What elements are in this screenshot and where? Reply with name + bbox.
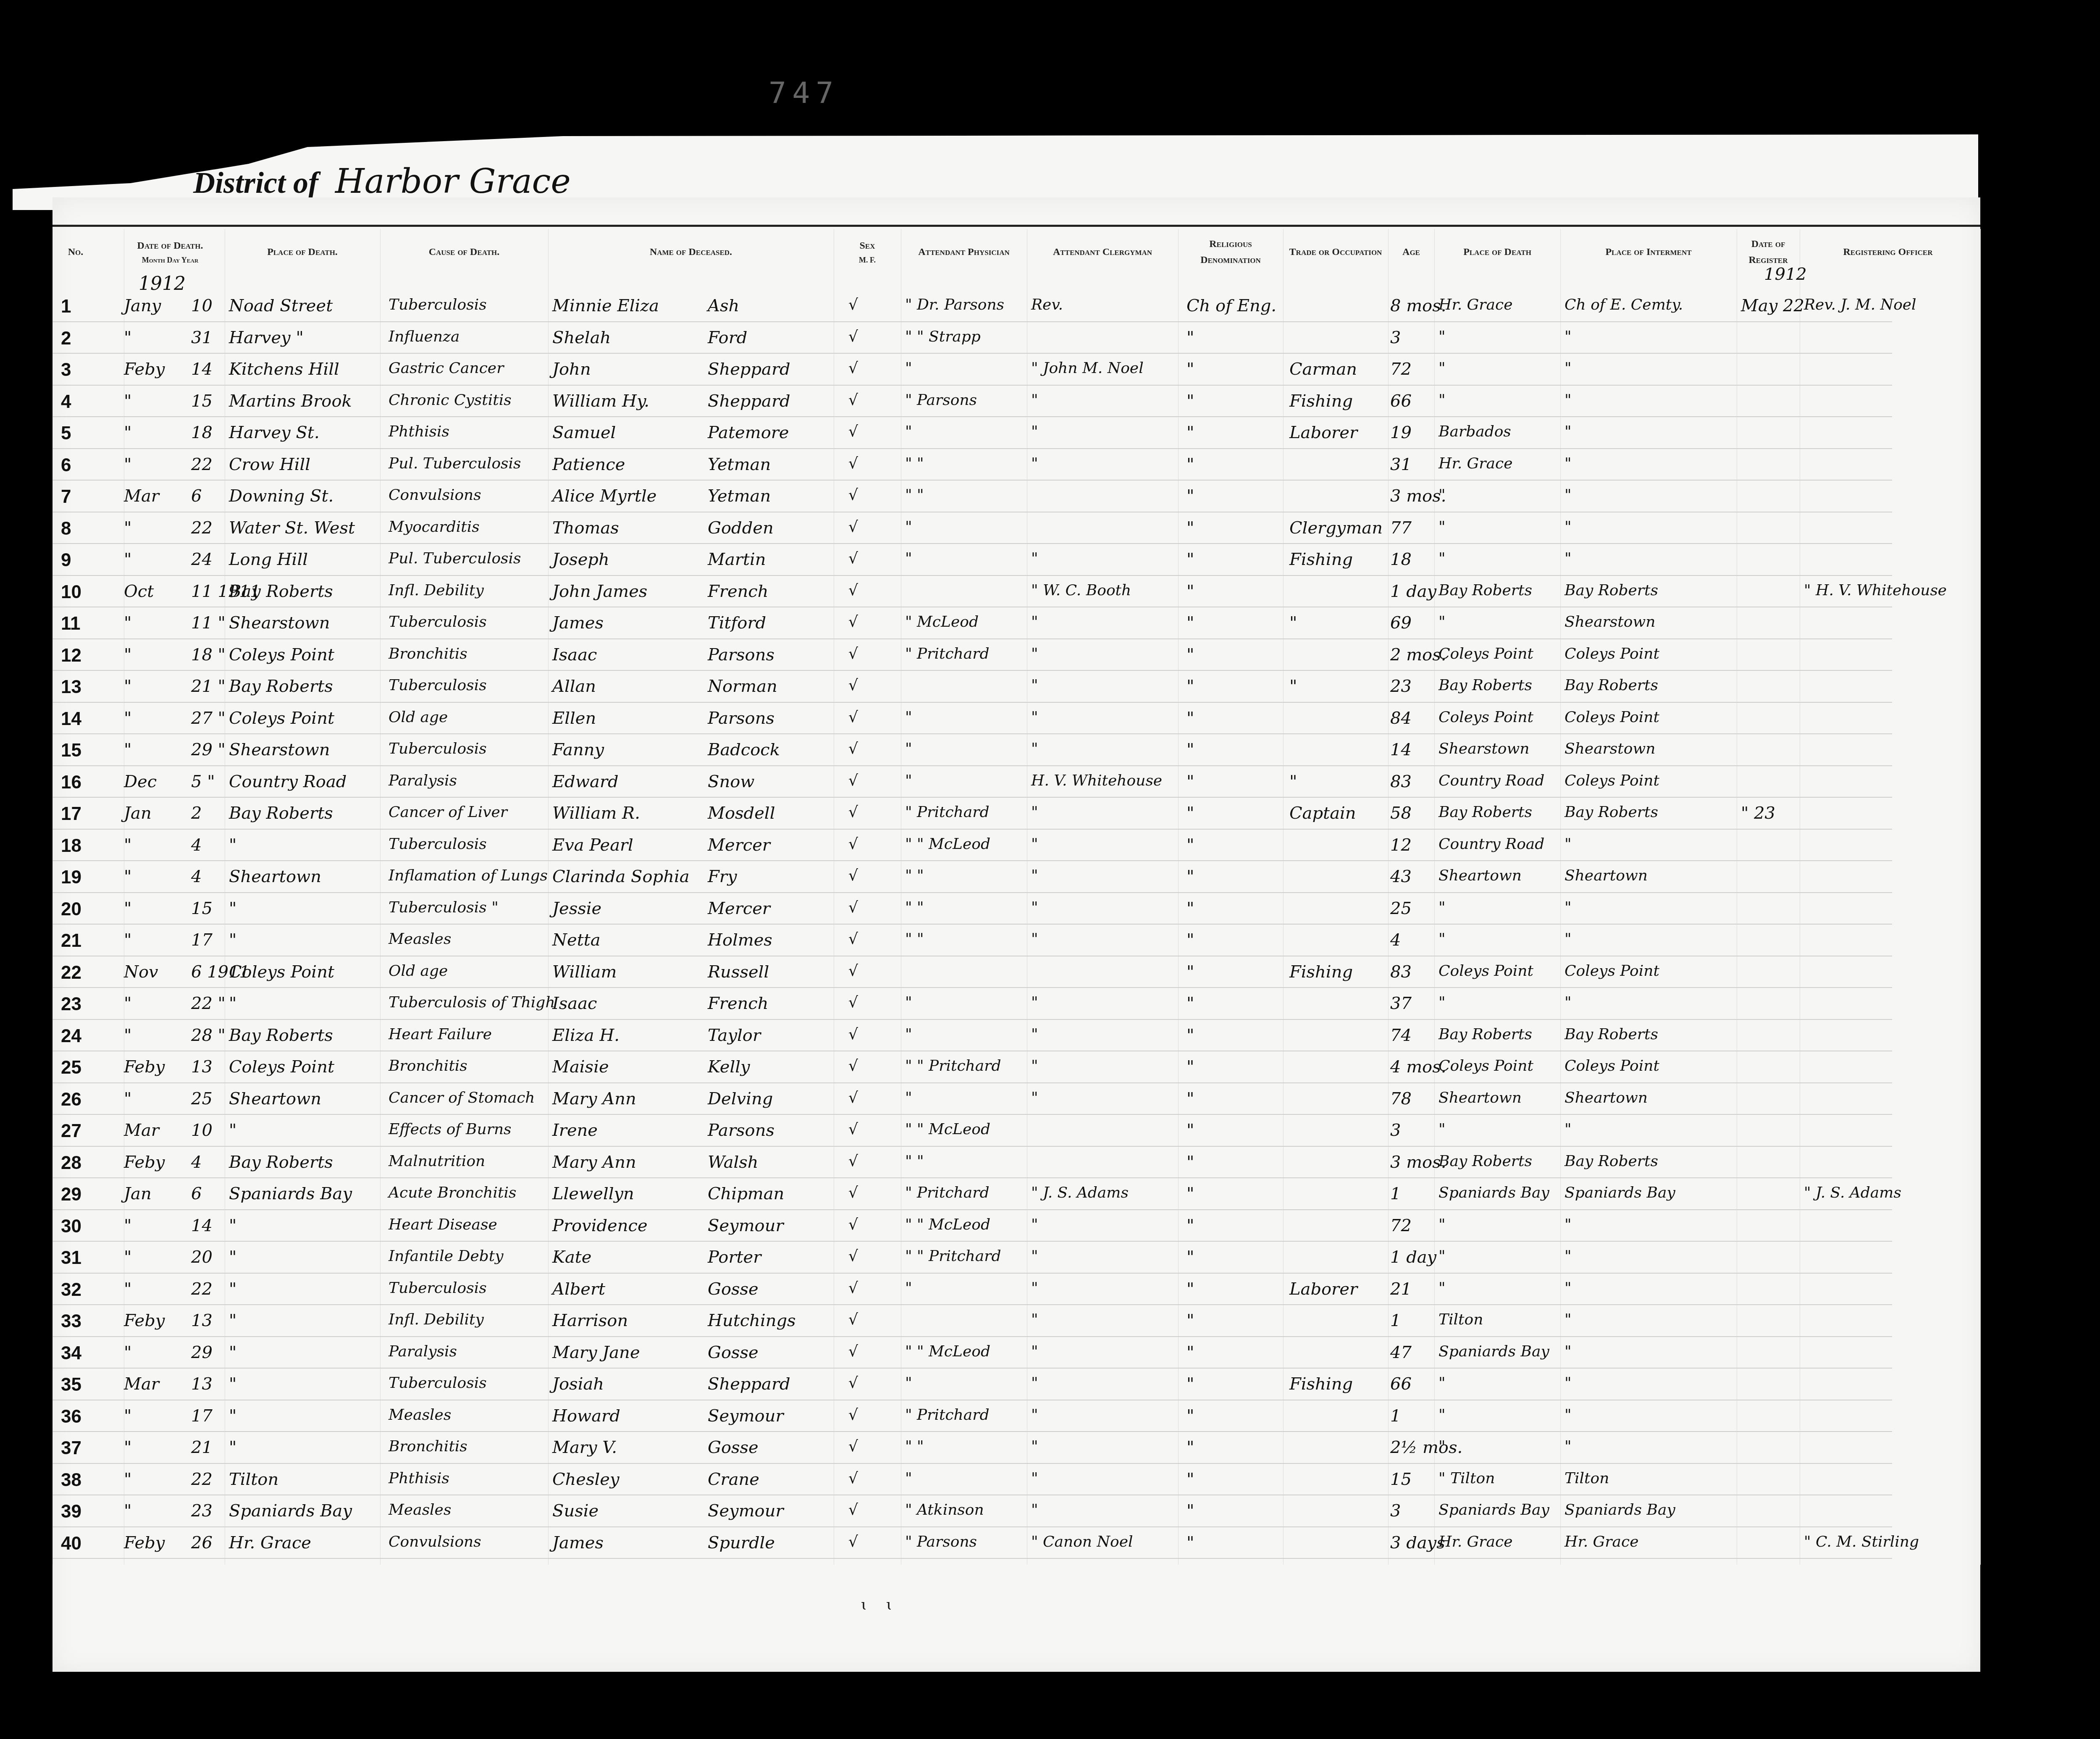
cell-clergyman: ": [1031, 835, 1038, 853]
table-row: 9"24Long HillPul. TuberculosisJosephMart…: [52, 546, 1980, 580]
cell-place: Bay Roberts: [229, 582, 333, 601]
cell-cause: Measles: [388, 1501, 451, 1518]
header-age: Age: [1388, 227, 1434, 277]
cell-first: Mary V.: [552, 1438, 617, 1457]
cell-religion: ": [1186, 645, 1194, 665]
table-row: 29Jan6Spaniards BayAcute BronchitisLlewe…: [52, 1180, 1980, 1214]
cell-place: Kitchens Hill: [229, 360, 339, 379]
cell-month: ": [124, 1026, 131, 1045]
cell-physician: ": [905, 1279, 912, 1297]
row-rule: [52, 1273, 1892, 1274]
cell-month: ": [124, 867, 131, 886]
table-row: 11"11 "ShearstownTuberculosisJamesTitfor…: [52, 609, 1980, 643]
cell-religion: ": [1186, 423, 1194, 442]
cell-sex: √: [848, 1406, 858, 1424]
cell-age: 3 mos.: [1390, 1153, 1446, 1172]
cell-sex: √: [848, 518, 858, 536]
cell-religion: ": [1186, 1121, 1194, 1140]
header-cause-of-death: Cause of Death.: [380, 227, 548, 277]
cell-day: 20: [191, 1248, 213, 1267]
cell-religion: ": [1186, 391, 1194, 411]
cell-clergyman: Rev.: [1031, 296, 1063, 313]
cell-place: Coleys Point: [229, 645, 334, 665]
cell-no: 14: [61, 709, 81, 730]
cell-age: 37: [1390, 994, 1412, 1013]
cell-clergyman: ": [1031, 613, 1038, 630]
cell-place: ": [229, 1121, 236, 1140]
cell-last: Seymour: [708, 1216, 784, 1235]
cell-cause: Tuberculosis: [388, 1279, 487, 1297]
cell-month: ": [124, 709, 131, 728]
cell-sex: √: [848, 835, 858, 853]
header-sex: SexM. F.: [834, 227, 901, 277]
cell-no: 2: [61, 328, 71, 349]
row-rule: [52, 638, 1892, 639]
cell-last: Russell: [708, 962, 769, 982]
cell-month: ": [124, 677, 131, 696]
cell-sex: √: [848, 709, 858, 726]
cell-month: ": [124, 1089, 131, 1109]
table-row: 15"29 "ShearstownTuberculosisFannyBadcoc…: [52, 736, 1980, 770]
cell-physician: " ": [905, 1153, 924, 1170]
cell-physician: ": [905, 1470, 912, 1487]
table-row: 14"27 "Coleys PointOld ageEllenParsons√"…: [52, 704, 1980, 738]
cell-day: 23: [191, 1501, 213, 1521]
cell-interment: ": [1564, 994, 1572, 1011]
cell-last: Walsh: [708, 1153, 759, 1172]
cell-place: Bay Roberts: [229, 1026, 333, 1045]
cell-month: ": [124, 930, 131, 950]
cell-physician: " " Pritchard: [905, 1057, 1001, 1074]
cell-first: Isaac: [552, 645, 597, 665]
cell-physician: " Pritchard: [905, 1406, 989, 1424]
header-name-of-deceased: Name of Deceased.: [548, 227, 834, 277]
cell-clergyman: " W. C. Booth: [1031, 582, 1131, 599]
cell-place2: Sheartown: [1438, 867, 1522, 884]
cell-place: Sheartown: [229, 1089, 321, 1109]
cell-cause: Chronic Cystitis: [388, 391, 512, 409]
cell-religion: ": [1186, 772, 1194, 791]
cell-age: 83: [1390, 772, 1412, 791]
cell-sex: √: [848, 391, 858, 409]
header-registering-officer: Registering Officer: [1800, 227, 1976, 277]
cell-place2: ": [1438, 613, 1446, 630]
cell-place2: Country Road: [1438, 835, 1544, 853]
cell-place: Long Hill: [229, 550, 308, 569]
cell-religion: ": [1186, 1470, 1194, 1489]
cell-last: Sheppard: [708, 1374, 790, 1394]
cell-clergyman: ": [1031, 391, 1038, 409]
cell-sex: √: [848, 1153, 858, 1170]
cell-place2: Coleys Point: [1438, 1057, 1533, 1074]
cell-clergyman: ": [1031, 1057, 1038, 1074]
cell-place: Coleys Point: [229, 1057, 334, 1077]
cell-place2: ": [1438, 1374, 1446, 1392]
cell-clergyman: ": [1031, 804, 1038, 821]
row-rule: [52, 1019, 1892, 1020]
cell-no: 21: [61, 930, 81, 951]
cell-sex: √: [848, 1343, 858, 1360]
cell-month: ": [124, 1470, 131, 1489]
cell-trade: ": [1289, 772, 1297, 791]
cell-month: Feby: [124, 1533, 165, 1552]
table-row: 3Feby14Kitchens HillGastric CancerJohnSh…: [52, 355, 1980, 389]
cell-age: 25: [1390, 899, 1412, 918]
cell-interment: ": [1564, 1374, 1572, 1392]
cell-last: Yetman: [708, 486, 771, 506]
cell-place2: ": [1438, 1279, 1446, 1297]
cell-first: William: [552, 962, 617, 982]
row-rule: [52, 670, 1892, 671]
cell-clergyman: ": [1031, 1026, 1038, 1043]
cell-no: 20: [61, 899, 81, 920]
cell-day: 22: [191, 1470, 213, 1489]
cell-month: Dec: [124, 772, 157, 791]
cell-last: Titford: [708, 613, 766, 633]
row-rule: [52, 1209, 1892, 1210]
cell-last: French: [708, 994, 768, 1013]
cell-interment: ": [1564, 1406, 1572, 1424]
cell-month: Mar: [124, 1121, 159, 1140]
cell-first: Thomas: [552, 518, 619, 538]
cell-place2: Bay Roberts: [1438, 677, 1532, 694]
cell-last: Mercer: [708, 899, 770, 918]
column-rule: [1980, 229, 1981, 1565]
cell-no: 17: [61, 804, 81, 825]
row-rule: [52, 1431, 1892, 1432]
cell-cause: Tuberculosis of Thigh: [388, 994, 555, 1011]
cell-clergyman: ": [1031, 1438, 1038, 1455]
cell-interment: ": [1564, 1248, 1572, 1265]
cell-interment: ": [1564, 1311, 1572, 1328]
cell-last: Ford: [708, 328, 747, 347]
cell-month: ": [124, 1216, 131, 1235]
cell-religion: ": [1186, 1216, 1194, 1235]
cell-cause: Old age: [388, 709, 448, 726]
cell-month: ": [124, 1406, 131, 1426]
cell-trade: Laborer: [1289, 1279, 1357, 1299]
cell-age: 14: [1390, 740, 1412, 759]
cell-religion: ": [1186, 1501, 1194, 1521]
cell-cause: Convulsions: [388, 1533, 481, 1550]
table-row: 34"29"ParalysisMary JaneGosse√" " McLeod…: [52, 1339, 1980, 1373]
cell-month: ": [124, 994, 131, 1013]
cell-place2: Coleys Point: [1438, 645, 1533, 662]
cell-first: John James: [552, 582, 647, 601]
cell-interment: Coleys Point: [1564, 709, 1659, 726]
cell-place2: Hr. Grace: [1438, 455, 1512, 472]
row-rule: [52, 416, 1892, 417]
row-rule: [52, 702, 1892, 703]
cell-interment: Bay Roberts: [1564, 1153, 1658, 1170]
cell-place: ": [229, 1406, 236, 1426]
row-rule: [52, 1051, 1892, 1051]
cell-physician: " Parsons: [905, 391, 977, 409]
cell-interment: Coleys Point: [1564, 962, 1659, 980]
cell-first: Llewellyn: [552, 1184, 634, 1203]
cell-last: French: [708, 582, 768, 601]
cell-place2: ": [1438, 1406, 1446, 1424]
cell-day: 5 ": [191, 772, 215, 791]
cell-last: Badcock: [708, 740, 780, 759]
cell-religion: ": [1186, 1089, 1194, 1109]
cell-age: 23: [1390, 677, 1412, 696]
cell-first: William Hy.: [552, 391, 649, 411]
cell-age: 83: [1390, 962, 1412, 982]
cell-age: 8 mos.: [1390, 296, 1446, 315]
cell-day: 2: [191, 804, 202, 823]
row-rule: [52, 575, 1892, 576]
cell-place: Tilton: [229, 1470, 278, 1489]
cell-day: 4: [191, 835, 202, 855]
row-rule: [52, 797, 1892, 798]
cell-physician: " McLeod: [905, 613, 979, 630]
row-rule: [52, 480, 1892, 481]
cell-clergyman: ": [1031, 1279, 1038, 1297]
cell-first: Alice Myrtle: [552, 486, 656, 506]
cell-no: 11: [61, 613, 81, 634]
cell-no: 10: [61, 582, 81, 603]
cell-interment: ": [1564, 455, 1572, 472]
cell-no: 1: [61, 296, 71, 317]
cell-first: Mary Ann: [552, 1089, 636, 1109]
cell-interment: Shearstown: [1564, 613, 1655, 630]
cell-place2: ": [1438, 360, 1446, 377]
cell-month: ": [124, 613, 131, 633]
cell-clergyman: ": [1031, 709, 1038, 726]
table-row: 25Feby13Coleys PointBronchitisMaisieKell…: [52, 1053, 1980, 1087]
cell-age: 1 day: [1390, 582, 1436, 601]
cell-last: Mercer: [708, 835, 770, 855]
cell-month: ": [124, 328, 131, 347]
cell-age: 43: [1390, 867, 1412, 886]
cell-first: John: [552, 360, 591, 379]
cell-sex: √: [848, 930, 858, 948]
cell-clergyman: ": [1031, 1406, 1038, 1424]
cell-no: 5: [61, 423, 71, 444]
row-rule: [52, 385, 1892, 386]
cell-month: Jan: [124, 804, 152, 823]
cell-first: Howard: [552, 1406, 620, 1426]
table-row: 31"20"Infantile DebtyKatePorter√" " Prit…: [52, 1243, 1980, 1277]
cell-no: 24: [61, 1026, 81, 1047]
cell-place2: ": [1438, 550, 1446, 567]
cell-place2: Spaniards Bay: [1438, 1501, 1549, 1518]
cell-place2: Tilton: [1438, 1311, 1483, 1328]
cell-first: Edward: [552, 772, 619, 791]
cell-day: 21 ": [191, 677, 226, 696]
cell-last: Gosse: [708, 1279, 759, 1299]
cell-clergyman: ": [1031, 550, 1038, 567]
cell-month: Jany: [124, 296, 161, 315]
cell-month: ": [124, 899, 131, 918]
cell-sex: √: [848, 1216, 858, 1233]
cell-month: ": [124, 645, 131, 665]
cell-sex: √: [848, 582, 858, 599]
cell-place2: Bay Roberts: [1438, 1026, 1532, 1043]
cell-no: 37: [61, 1438, 81, 1459]
cell-interment: ": [1564, 1121, 1572, 1138]
cell-place: ": [229, 1438, 236, 1457]
cell-religion: ": [1186, 1533, 1194, 1552]
row-rule: [52, 607, 1892, 607]
cell-day: 14: [191, 360, 213, 379]
cell-interment: ": [1564, 930, 1572, 948]
cell-place2: ": [1438, 930, 1446, 948]
cell-first: James: [552, 1533, 604, 1552]
stray-marks: ɩ ɩ: [861, 1596, 892, 1613]
cell-place: Hr. Grace: [229, 1533, 311, 1552]
cell-last: Ash: [708, 296, 739, 315]
cell-place: Shearstown: [229, 613, 330, 633]
cell-religion: ": [1186, 1343, 1194, 1362]
cell-place2: Bay Roberts: [1438, 582, 1532, 599]
cell-last: Patemore: [708, 423, 789, 442]
cell-first: Joseph: [552, 550, 609, 569]
cell-cause: Effects of Burns: [388, 1121, 512, 1138]
cell-month: ": [124, 835, 131, 855]
cell-day: 14: [191, 1216, 213, 1235]
cell-interment: ": [1564, 391, 1572, 409]
cell-month: Jan: [124, 1184, 152, 1203]
cell-sex: √: [848, 1470, 858, 1487]
cell-age: 4 mos.: [1390, 1057, 1446, 1077]
cell-cause: Pul. Tuberculosis: [388, 550, 521, 567]
cell-clergyman: ": [1031, 994, 1038, 1011]
cell-sex: √: [848, 455, 858, 472]
cell-physician: " Pritchard: [905, 645, 989, 662]
cell-interment: Ch of E. Cemty.: [1564, 296, 1683, 313]
cell-place2: ": [1438, 518, 1446, 536]
cell-place2: ": [1438, 486, 1446, 504]
row-rule: [52, 321, 1892, 322]
cell-religion: ": [1186, 582, 1194, 601]
cell-place2: ": [1438, 1121, 1446, 1138]
cell-interment: Bay Roberts: [1564, 582, 1658, 599]
cell-interment: Tilton: [1564, 1470, 1609, 1487]
cell-religion: ": [1186, 1026, 1194, 1045]
cell-day: 13: [191, 1311, 213, 1330]
cell-day: 26: [191, 1533, 213, 1552]
cell-cause: Influenza: [388, 328, 460, 345]
row-rule: [52, 892, 1892, 893]
table-row: 18"4"TuberculosisEva PearlMercer√" " McL…: [52, 831, 1980, 865]
cell-sex: √: [848, 1311, 858, 1328]
cell-month: Feby: [124, 360, 165, 379]
cell-age: 58: [1390, 804, 1412, 823]
cell-trade: ": [1289, 677, 1297, 696]
cell-place2: Coleys Point: [1438, 962, 1533, 980]
cell-first: Harrison: [552, 1311, 628, 1330]
cell-clergyman: ": [1031, 1374, 1038, 1392]
cell-physician: ": [905, 550, 912, 567]
cell-religion: ": [1186, 930, 1194, 950]
cell-cause: Bronchitis: [388, 645, 467, 662]
cell-cause: Convulsions: [388, 486, 481, 504]
cell-cause: Old age: [388, 962, 448, 980]
cell-cause: Tuberculosis: [388, 1374, 487, 1392]
cell-cause: Phthisis: [388, 423, 449, 440]
cell-place: ": [229, 1374, 236, 1394]
cell-sex: √: [848, 550, 858, 567]
cell-sex: √: [848, 1184, 858, 1201]
cell-first: Clarinda Sophia: [552, 867, 690, 886]
cell-physician: ": [905, 740, 912, 757]
cell-age: 1: [1390, 1406, 1401, 1426]
cell-month: ": [124, 391, 131, 411]
table-row: 19"4SheartownInflamation of LungsClarind…: [52, 863, 1980, 897]
cell-sex: √: [848, 1026, 858, 1043]
page-number: 747: [769, 76, 839, 110]
cell-clergyman: ": [1031, 899, 1038, 916]
cell-day: 4: [191, 867, 202, 886]
cell-cause: Heart Failure: [388, 1026, 492, 1043]
row-rule: [52, 956, 1892, 956]
cell-age: 31: [1390, 455, 1412, 474]
cell-sex: √: [848, 772, 858, 789]
cell-cause: Tuberculosis ": [388, 899, 499, 916]
cell-place: ": [229, 1248, 236, 1267]
cell-interment: Hr. Grace: [1564, 1533, 1638, 1550]
cell-physician: ": [905, 1374, 912, 1392]
cell-first: Allan: [552, 677, 596, 696]
cell-interment: ": [1564, 486, 1572, 504]
cell-first: Eva Pearl: [552, 835, 633, 855]
cell-place: Coleys Point: [229, 962, 334, 982]
cell-month: ": [124, 1343, 131, 1362]
cell-last: Martin: [708, 550, 766, 569]
cell-religion: ": [1186, 1279, 1194, 1299]
cell-place: Harvey St.: [229, 423, 320, 442]
header-date-sub: Month Day Year: [137, 254, 203, 266]
cell-no: 7: [61, 486, 71, 507]
cell-place2: ": [1438, 328, 1446, 345]
row-rule: [52, 829, 1892, 830]
cell-officer: Rev. J. M. Noel: [1804, 296, 1916, 313]
cell-first: Albert: [552, 1279, 605, 1299]
cell-age: 12: [1390, 835, 1412, 855]
cell-clergyman: ": [1031, 677, 1038, 694]
cell-day: 13: [191, 1374, 213, 1394]
cell-religion: ": [1186, 994, 1194, 1013]
table-row: 32"22"TuberculosisAlbertGosse√"""Laborer…: [52, 1275, 1980, 1309]
cell-sex: √: [848, 328, 858, 345]
cell-age: 2½ mos.: [1390, 1438, 1462, 1457]
cell-cause: Inflamation of Lungs: [388, 867, 548, 884]
cell-place2: ": [1438, 1216, 1446, 1233]
cell-place2: Bay Roberts: [1438, 1153, 1532, 1170]
cell-sex: √: [848, 1089, 858, 1106]
cell-age: 4: [1390, 930, 1401, 950]
cell-interment: ": [1564, 423, 1572, 440]
cell-first: Providence: [552, 1216, 648, 1235]
cell-last: Holmes: [708, 930, 772, 950]
cell-clergyman: ": [1031, 1343, 1038, 1360]
cell-interment: ": [1564, 1343, 1572, 1360]
cell-religion: ": [1186, 1374, 1194, 1394]
cell-sex: √: [848, 1533, 858, 1550]
cell-no: 18: [61, 835, 81, 856]
cell-place2: Hr. Grace: [1438, 296, 1512, 313]
year-note-left: 1912: [139, 273, 186, 294]
cell-religion: ": [1186, 486, 1194, 506]
cell-month: ": [124, 1501, 131, 1521]
cell-physician: ": [905, 423, 912, 440]
row-rule: [52, 1146, 1892, 1147]
cell-place2: Shearstown: [1438, 740, 1529, 757]
cell-physician: ": [905, 709, 912, 726]
cell-physician: " ": [905, 930, 924, 948]
